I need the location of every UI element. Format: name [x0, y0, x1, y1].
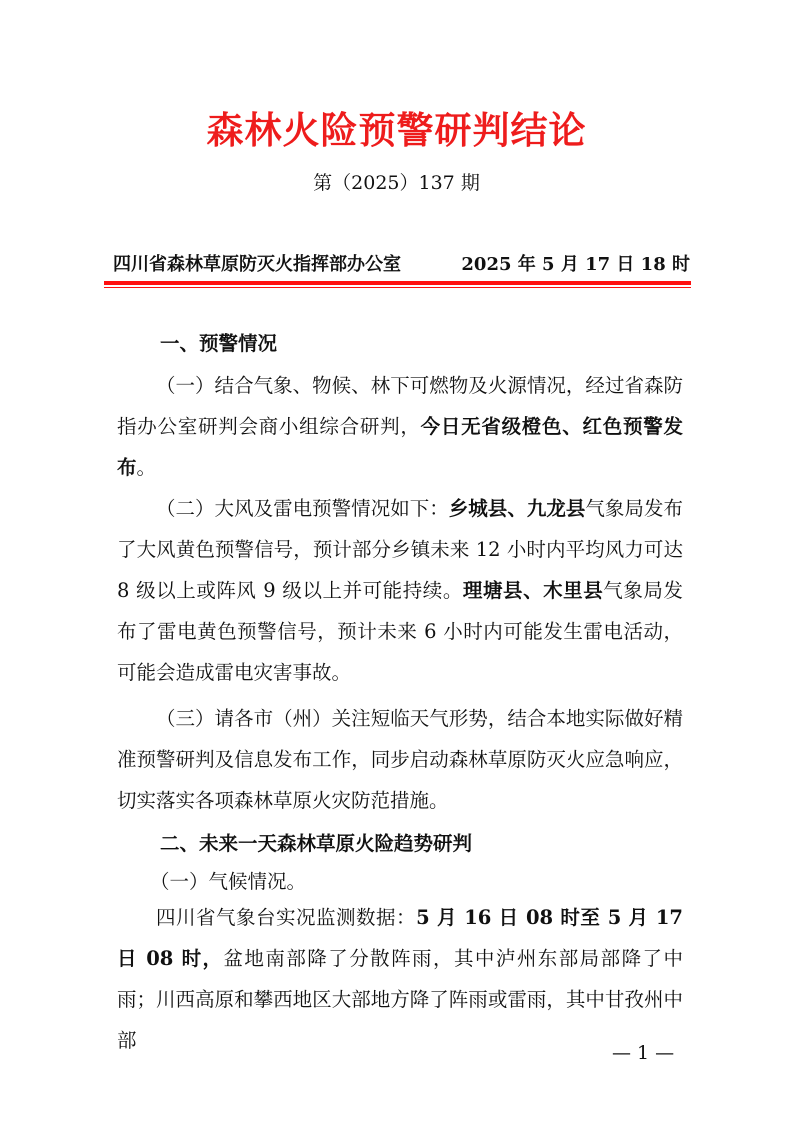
- bold-text: 乡城县、九龙县: [449, 497, 586, 520]
- issue-number: 第（2025）137 期: [0, 168, 793, 195]
- text: 。: [137, 456, 157, 479]
- issuer-row: 四川省森林草原防灭火指挥部办公室 2025 年 5 月 17 日 18 时: [110, 250, 695, 280]
- subheading-climate: （一）气候情况。: [150, 866, 306, 894]
- red-divider-thick: [104, 281, 691, 285]
- paragraph-1-2: （二）大风及雷电预警情况如下：乡城县、九龙县气象局发布了大风黄色预警信号，预计部…: [117, 488, 683, 693]
- bold-text: 理塘县、木里县: [463, 579, 603, 602]
- text: （三）请各市（州）关注短临天气形势，结合本地实际做好精准预警研判及信息发布工作，…: [117, 698, 683, 821]
- page-number: — 1 —: [612, 1042, 674, 1064]
- red-divider-thin: [104, 287, 691, 288]
- section-heading-1: 一、预警情况: [160, 328, 277, 356]
- issue-date: 2025 年 5 月 17 日 18 时: [461, 250, 690, 276]
- document-title: 森林火险预警研判结论: [0, 100, 793, 154]
- paragraph-1-3: （三）请各市（州）关注短临天气形势，结合本地实际做好精准预警研判及信息发布工作，…: [117, 698, 683, 821]
- text: 四川省气象台实况监测数据：: [156, 906, 416, 929]
- paragraph-1-1: （一）结合气象、物候、林下可燃物及火源情况，经过省森防指办公室研判会商小组综合研…: [117, 365, 683, 488]
- paragraph-2-1: 四川省气象台实况监测数据：5 月 16 日 08 时至 5 月 17 日 08 …: [117, 897, 683, 1061]
- section-heading-2: 二、未来一天森林草原火险趋势研判: [160, 828, 472, 856]
- text: （二）大风及雷电预警情况如下：: [156, 497, 449, 520]
- issuer-name: 四川省森林草原防灭火指挥部办公室: [113, 250, 401, 276]
